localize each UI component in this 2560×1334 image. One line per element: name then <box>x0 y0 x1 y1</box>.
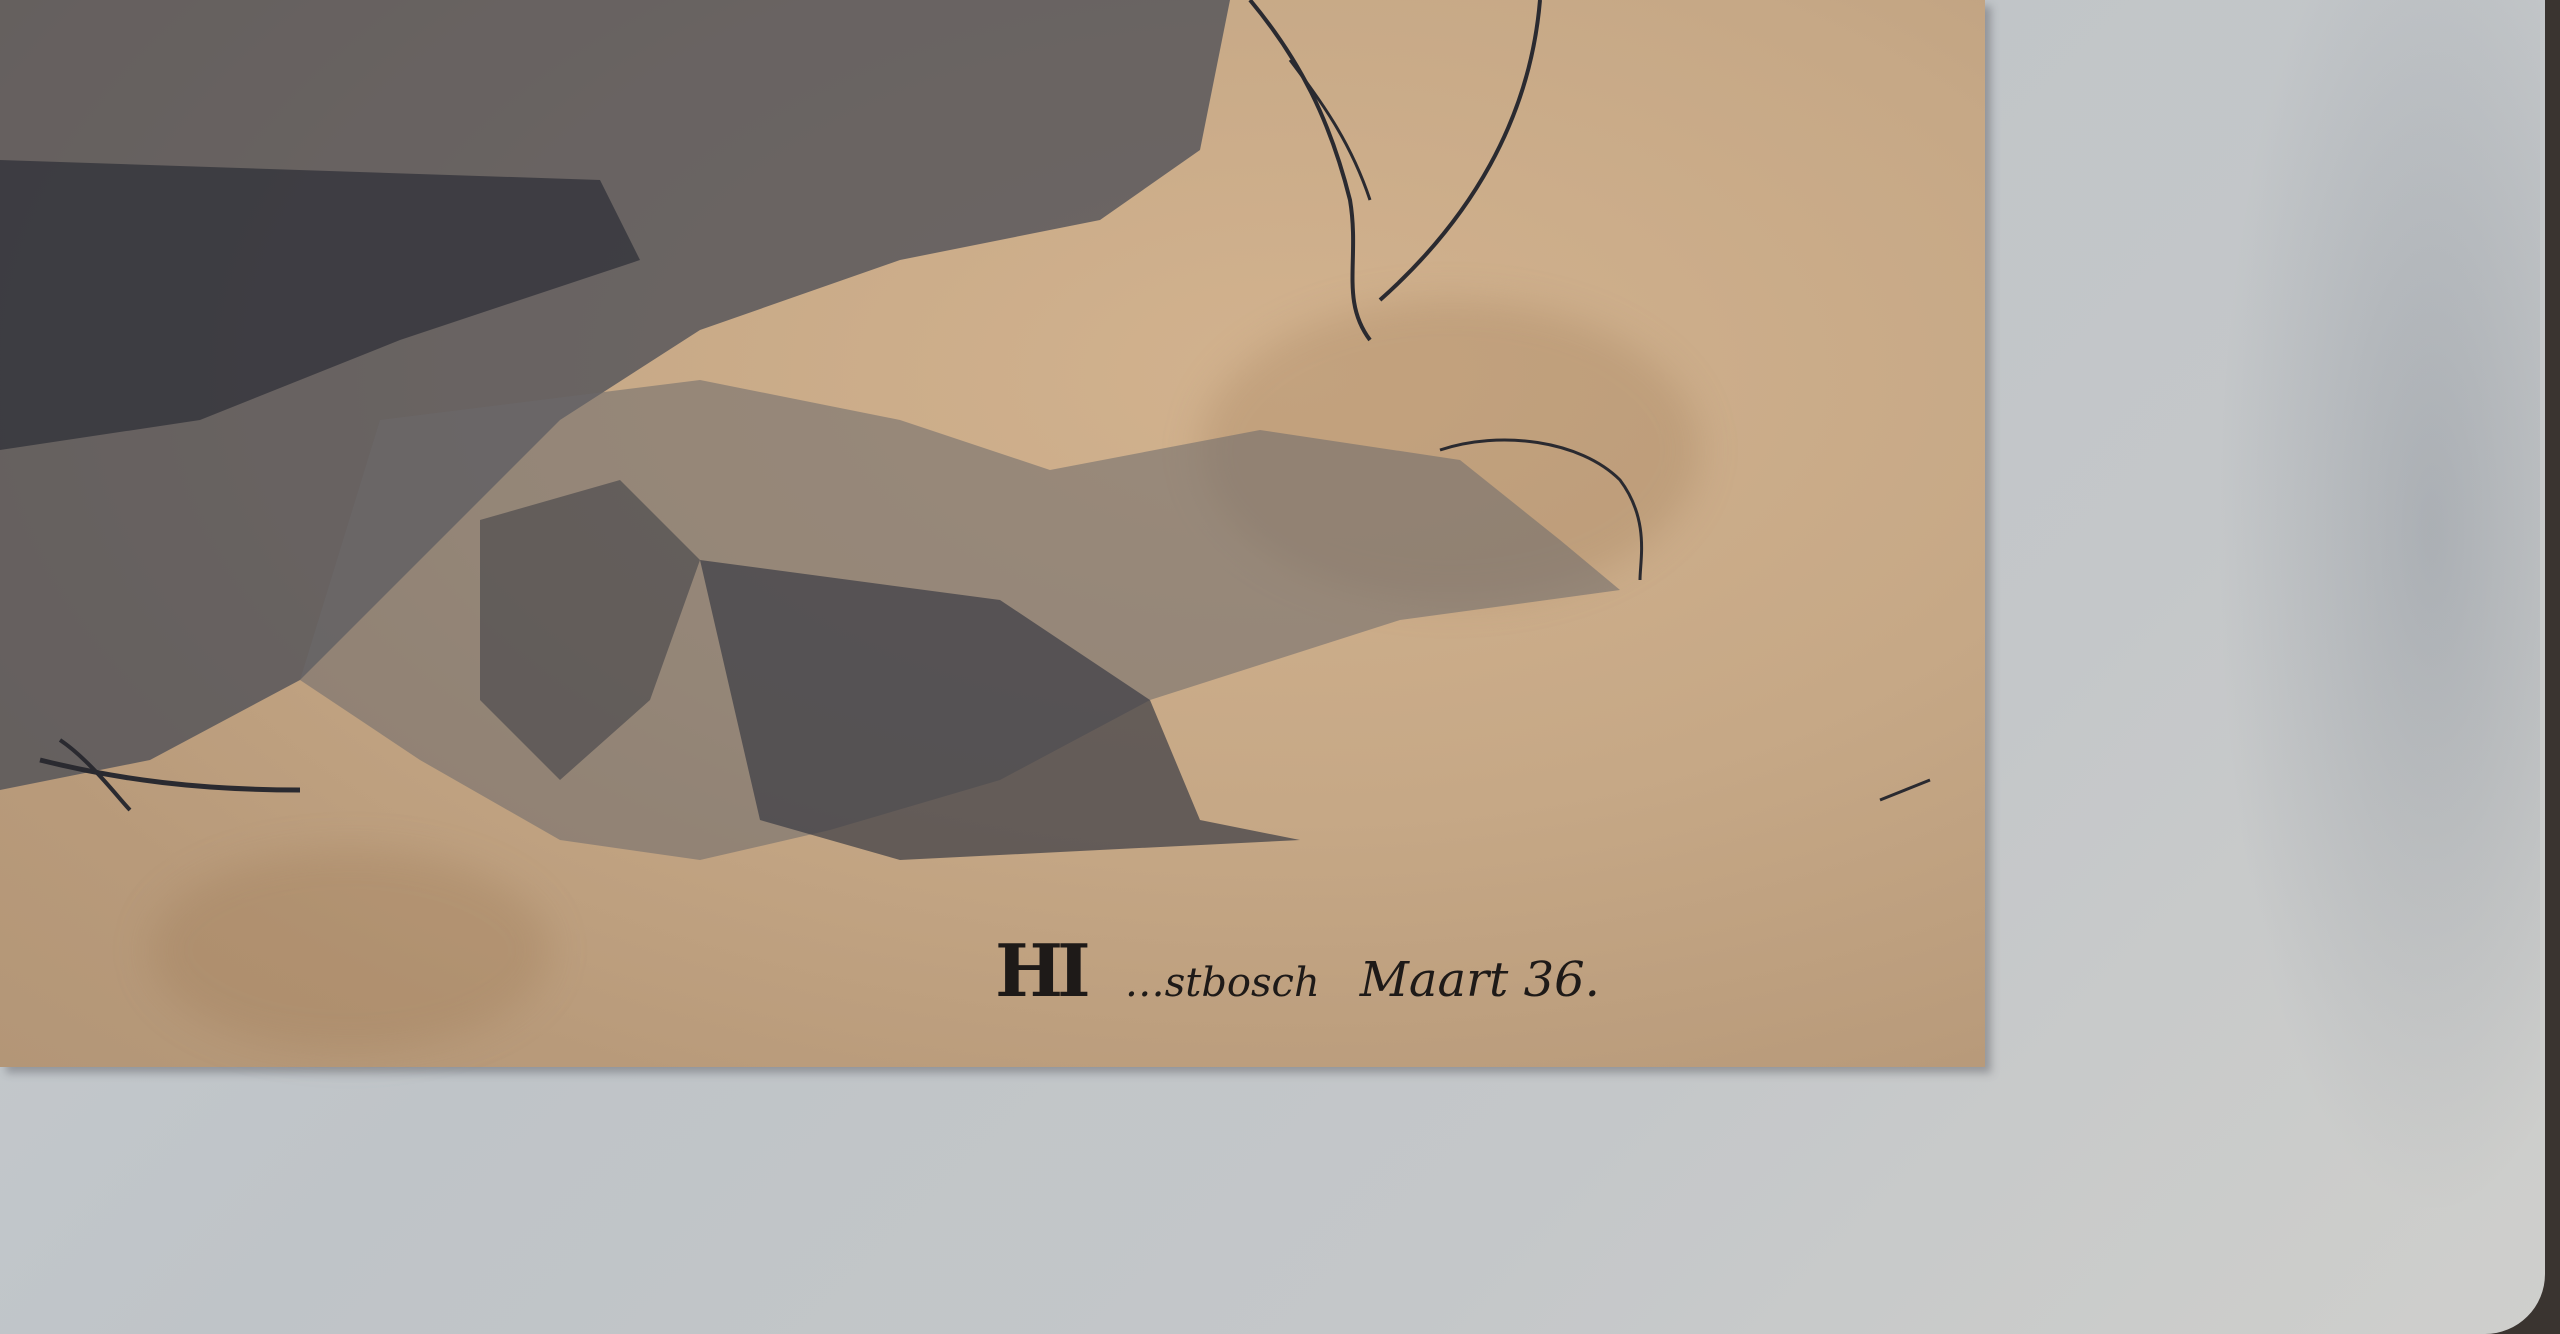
inscription-place: …stbosch <box>1125 960 1320 1006</box>
mount-shadow <box>2180 0 2540 1334</box>
drawing-paper: HI …stbosch Maart 36. <box>0 0 1985 1067</box>
artist-monogram: HI <box>995 928 1085 1013</box>
pencil-landscape-drawing <box>0 0 1985 1067</box>
artist-inscription: HI …stbosch Maart 36. <box>995 928 1600 1013</box>
inscription-date: Maart 36. <box>1360 952 1600 1008</box>
